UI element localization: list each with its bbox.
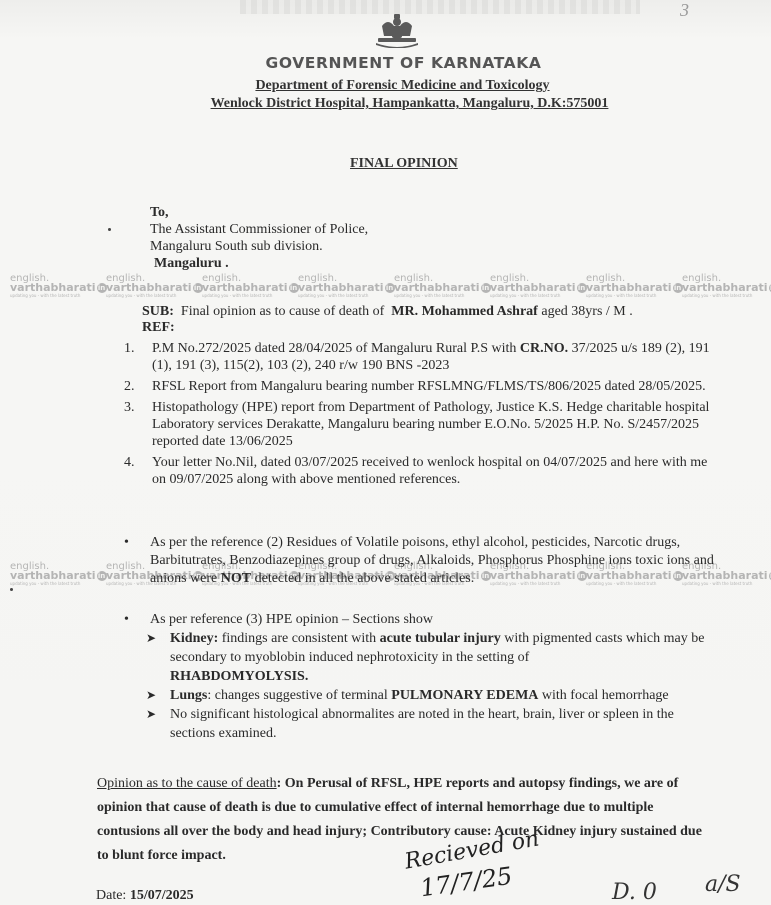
document-page: 3 GOVERNMENT OF KARNATAKA Department of …: [0, 0, 771, 905]
watermark-logo: english.varthabharatiinupdating you - wi…: [298, 274, 380, 298]
date-label: Date:: [96, 888, 126, 903]
hpe-sections-list: ➤ Kidney: findings are consistent with a…: [124, 629, 714, 743]
arrow-bullet-icon: ➤: [146, 686, 156, 705]
hospital-address: Wenlock District Hospital, Hampankatta, …: [0, 96, 771, 112]
handwritten-initials: D. 0: [612, 880, 657, 905]
document-title: FINAL OPINION: [350, 156, 458, 172]
subject-text: Final opinion as to cause of death of: [181, 304, 384, 319]
other-organs-finding: ➤ No significant histological abnormalit…: [146, 705, 714, 743]
watermark-logo: english.varthabharatiinupdating you - wi…: [10, 562, 92, 586]
watermark-logo: english.varthabharatiinupdating you - wi…: [106, 274, 188, 298]
bullet-icon: •: [124, 534, 129, 552]
watermark-logo: english.varthabharatiinupdating you - wi…: [202, 274, 284, 298]
kidney-finding: ➤ Kidney: findings are consistent with a…: [146, 629, 714, 686]
addressee-block: To, The Assistant Commissioner of Police…: [150, 204, 368, 272]
references-label: REF:: [142, 320, 175, 336]
subject-label: SUB:: [142, 304, 174, 319]
references-list: 1.P.M No.272/2025 dated 28/04/2025 of Ma…: [124, 340, 714, 492]
scan-speck: [108, 228, 111, 231]
opinion-label: Opinion as to the cause of death: [97, 776, 277, 791]
date-value: 15/07/2025: [130, 888, 194, 903]
watermark-row: english.varthabharatiinupdating you - wi…: [0, 274, 771, 298]
rfsl-finding: • As per the reference (2) Residues of V…: [124, 534, 714, 588]
reference-item: 4.Your letter No.Nil, dated 03/07/2025 r…: [124, 454, 714, 488]
government-title: GOVERNMENT OF KARNATAKA: [0, 54, 771, 72]
arrow-bullet-icon: ➤: [146, 705, 156, 724]
handwritten-page-mark: 3: [680, 0, 689, 21]
hpe-intro: As per reference (3) HPE opinion – Secti…: [150, 612, 433, 627]
watermark-logo: english.varthabharatiinupdating you - wi…: [394, 274, 476, 298]
reference-item: 3.Histopathology (HPE) report from Depar…: [124, 399, 714, 450]
lungs-finding: ➤ Lungs: changes suggestive of terminal …: [146, 686, 714, 705]
addressee-city: Mangaluru .: [150, 255, 368, 272]
date-line: Date: 15/07/2025: [96, 888, 194, 904]
reference-item: 1.P.M No.272/2025 dated 28/04/2025 of Ma…: [124, 340, 714, 374]
subject-suffix: aged 38yrs / M .: [541, 304, 632, 319]
watermark-logo: english.varthabharatiinupdating you - wi…: [490, 274, 572, 298]
deceased-name: MR. Mohammed Ashraf: [391, 304, 538, 319]
watermark-logo: english.varthabharatiinupdating you - wi…: [586, 274, 668, 298]
state-emblem-icon: [374, 12, 420, 48]
department-name: Department of Forensic Medicine and Toxi…: [0, 78, 771, 94]
arrow-bullet-icon: ➤: [146, 629, 156, 648]
watermark-logo: english.varthabharatiinupdating you - wi…: [10, 274, 92, 298]
addressee-line-2: Mangaluru South sub division.: [150, 238, 368, 255]
reference-item: 2.RFSL Report from Mangaluru bearing num…: [124, 378, 714, 395]
handwritten-signature: a/S: [705, 872, 741, 897]
salutation: To,: [150, 204, 368, 221]
scan-speck: [10, 588, 13, 591]
hpe-finding: • As per reference (3) HPE opinion – Sec…: [124, 610, 714, 743]
addressee-line-1: The Assistant Commissioner of Police,: [150, 221, 368, 238]
subject-line: SUB: Final opinion as to cause of death …: [142, 304, 633, 320]
watermark-logo: english.varthabharatiinupdating you - wi…: [682, 274, 764, 298]
bullet-icon: •: [124, 610, 129, 629]
